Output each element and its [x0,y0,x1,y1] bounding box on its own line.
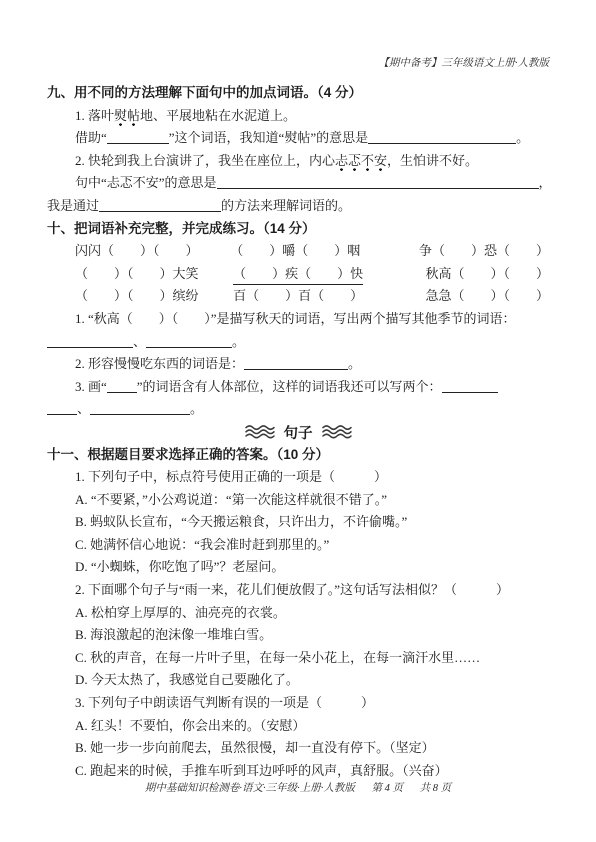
dotted-word: 熨帖 [114,108,140,127]
punct: 。 [190,401,203,416]
word-blank-item: 秋高（ ）（ ） [425,263,549,286]
s11-q3-option-a: A. 红头！不要怕，你会出来的。（安慰） [47,715,549,738]
s11-q2-option-c: C. 秋的声音，在每一片叶子里，在每一朵小花上，在每一滴汗水里…… [47,647,549,670]
s9-q1-fill-line: 借助“”这个词语，我知道“熨帖”的意思是。 [47,127,549,150]
section-9: 九、用不同的方法理解下面句中的加点词语。（4 分） 1. 落叶熨帖地、平展地粘在… [47,82,549,218]
answer-blank [107,378,137,393]
footer-page-total: 共 8 页 [420,783,452,794]
word-blank-item: 百（ ）百（ ） [233,285,425,308]
word-blank-item: 急急（ ）（ ） [425,285,549,308]
s11-q2-option-a: A. 松柏穿上厚厚的、油亮亮的衣裳。 [47,602,549,625]
answer-blank [107,129,169,144]
page-header: 【期中备考】三年级语文上册·人教版 [47,57,549,71]
answer-blank [146,333,232,348]
s11-q1-option-b: B. 蚂蚁队长宣布，“今天搬运粮食，只许出力，不许偷嘴。” [47,511,549,534]
section-10-title: 十、把词语补充完整，并完成练习。（14 分） [47,218,549,241]
s9-q1-sentence: 1. 落叶熨帖地、平展地粘在水泥道上。 [47,105,549,128]
divider-label: 句子 [284,422,313,443]
word-grid-row: （ ）（ ）大笑 （ ）疾（ ）快 秋高（ ）（ ） [47,263,549,286]
answer-blank [47,333,133,348]
s9-q2-sentence: 2. 快轮到我上台演讲了，我坐在座位上，内心忐忑不安，生怕讲不好。 [47,150,549,173]
s11-q1-stem: 1. 下列句子中，标点符号使用正确的一项是（ ） [47,466,549,489]
answer-blank [368,129,516,144]
answer-blank [90,400,190,415]
answer-blank [217,174,539,189]
punct: 、 [77,401,90,416]
answer-blank [442,378,498,393]
sentence-text: 1. 落叶 [75,108,114,123]
fill-text: 。 [516,130,529,145]
s11-q1-option-d: D. “小蜘蛛，你吃饱了吗”？老屋问。 [47,556,549,579]
s11-q3-stem: 3. 下列句子中朗读语气判断有误的一项是（ ） [47,692,549,715]
footer-title: 期中基础知识检测卷·语文·三年级·上册·人教版 [145,783,355,794]
fill-text: 的方法来理解词语的。 [221,198,351,213]
sentence-text: 地、平展地粘在水泥道上。 [140,108,296,123]
fill-text: ”这个词语，我知道“熨帖”的意思是 [169,130,368,145]
word-grid-row: （ ）（ ）缤纷 百（ ）百（ ） 急急（ ）（ ） [47,285,549,308]
footer-page-number: 第 4 页 [372,783,404,794]
fill-text: 我是通过 [47,198,99,213]
word-blank-item: （ ）疾（ ）快 [233,263,425,286]
wave-icon [322,425,352,439]
fill-text: 2. 形容慢慢吃东西的词语是： [75,356,244,371]
s10-q3-line: 3. 画“”的词语含有人体部位，这样的词语我还可以写两个： [47,376,549,399]
s9-q2-fill-line: 句中“忐忑不安”的意思是， [47,172,549,195]
word-blank-item: （ ）（ ）大笑 [75,263,233,286]
word-blank-item: 争（ ）恐（ ） [419,240,549,263]
section-11: 十一、根据题目要求选择正确的答案。（10 分） 1. 下列句子中，标点符号使用正… [47,444,549,783]
answer-blank [47,400,77,415]
sentence-section-divider: 句子 [47,421,549,444]
s10-q1-answer-line: 、。 [47,331,549,354]
s9-q2-cont-line: 我是通过的方法来理解词语的。 [47,195,549,218]
wave-icon [245,425,275,439]
sentence-text: 2. 快轮到我上台演讲了，我坐在座位上，内心 [75,153,335,168]
section-11-title: 十一、根据题目要求选择正确的答案。（10 分） [47,444,549,467]
page-footer: 期中基础知识检测卷·语文·三年级·上册·人教版 第 4 页 共 8 页 [0,780,596,795]
s11-q2-option-b: B. 海浪激起的泡沫像一堆堆白雪。 [47,624,549,647]
underlined-word-item: （ ）疾（ ）快 [233,264,363,285]
s11-q1-option-c: C. 她满怀信心地说：“我会准时赶到那里的。” [47,534,549,557]
punct: 。 [348,356,361,371]
fill-text: 3. 画“ [75,379,107,394]
s10-q1-stem: 1. “秋高（ ）（ ）”是描写秋天的词语，写出两个描写其他季节的词语： [47,308,549,331]
s11-q2-stem: 2. 下面哪个句子与“雨一来，花儿们便放假了。”这句话写法相似？（ ） [47,579,549,602]
fill-text: ， [539,175,552,190]
word-blank-item: （ ）嚼（ ）咽 [230,240,419,263]
word-blank-item: （ ）（ ）缤纷 [75,285,233,308]
s11-q3-option-b: B. 她一步一步向前爬去，虽然很慢，却一直没有停下。（坚定） [47,737,549,760]
punct: 、 [133,334,146,349]
answer-blank [244,355,348,370]
word-grid-row: 闪闪（ ）（ ） （ ）嚼（ ）咽 争（ ）恐（ ） [47,240,549,263]
answer-blank [99,197,221,212]
sentence-text: ，生怕讲不好。 [387,153,478,168]
section-10: 十、把词语补充完整，并完成练习。（14 分） 闪闪（ ）（ ） （ ）嚼（ ）咽… [47,218,549,421]
fill-text: 句中“忐忑不安”的意思是 [75,175,217,190]
s10-q3-cont-line: 、。 [47,398,549,421]
fill-text: ”的词语含有人体部位，这样的词语我还可以写两个： [137,379,442,394]
exam-page: 【期中备考】三年级语文上册·人教版 九、用不同的方法理解下面句中的加点词语。（4… [0,0,596,842]
word-blank-item: 闪闪（ ）（ ） [75,240,230,263]
s11-q2-option-d: D. 今天太热了，我感觉自己要融化了。 [47,669,549,692]
s11-q1-option-a: A. “不要紧，”小公鸡说道：“第一次能这样就很不错了。” [47,489,549,512]
dotted-word: 忐忑不安 [335,153,387,172]
fill-text: 借助“ [75,130,107,145]
section-9-title: 九、用不同的方法理解下面句中的加点词语。（4 分） [47,82,549,105]
punct: 。 [232,334,245,349]
s10-q2-line: 2. 形容慢慢吃东西的词语是：。 [47,353,549,376]
